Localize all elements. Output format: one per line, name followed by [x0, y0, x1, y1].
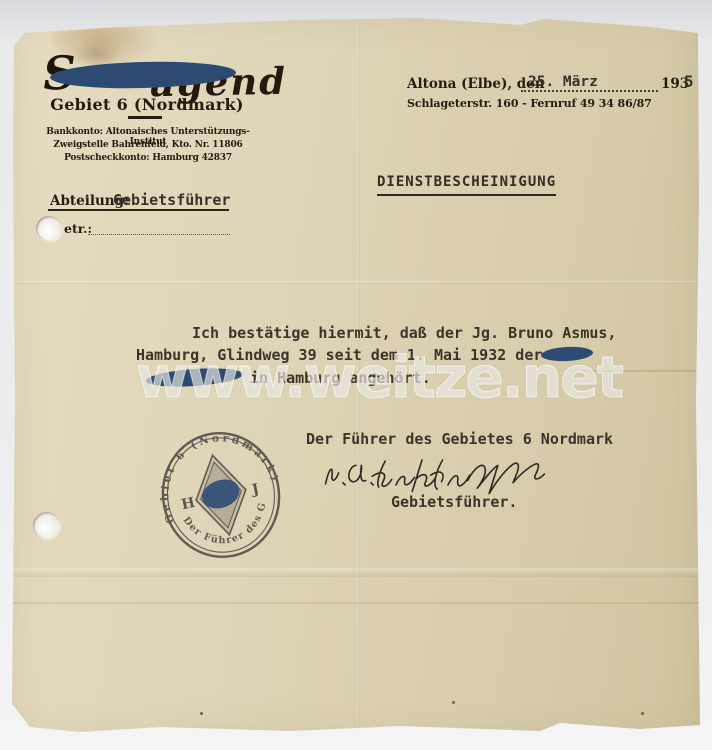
paper-sheet: S ugend Gebiet 6 (Nordmark) Bankkonto: A…	[0, 0, 712, 750]
paper-speck	[435, 16, 438, 19]
watermark-text: www.weitze.net	[136, 350, 622, 407]
scanned-document-photo: S ugend Gebiet 6 (Nordmark) Bankkonto: A…	[0, 0, 712, 750]
